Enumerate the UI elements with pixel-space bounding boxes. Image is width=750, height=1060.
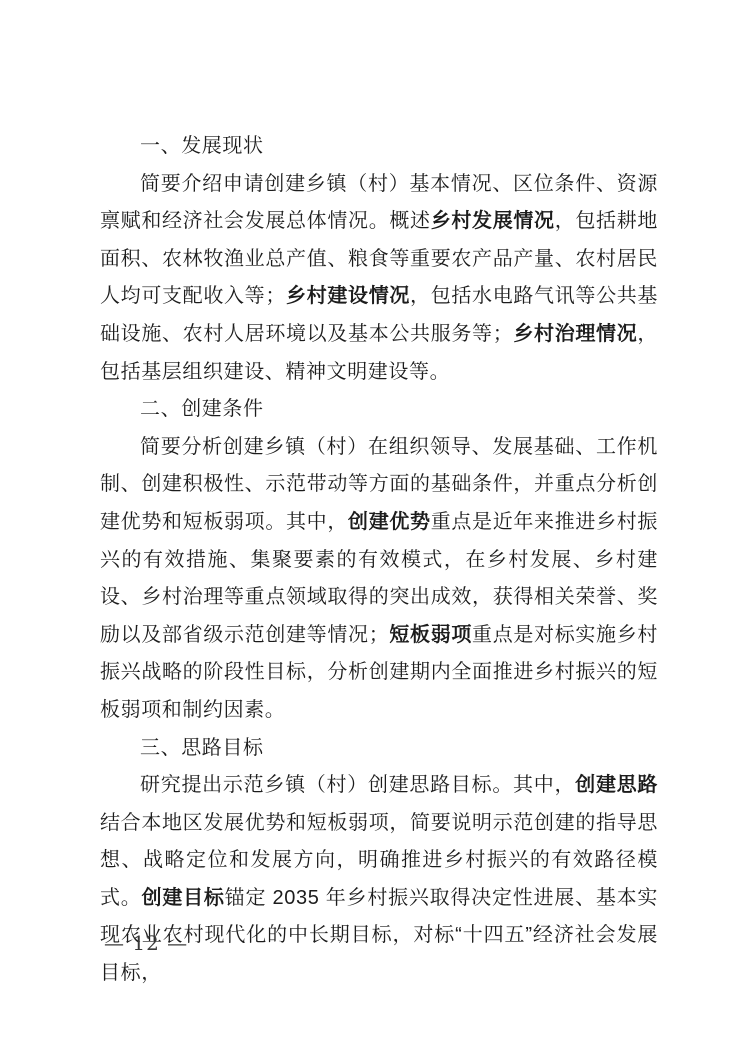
text-run: 一、发展现状 — [140, 135, 264, 157]
paragraph: 简要介绍申请创建乡镇（村）基本情况、区位条件、资源禀赋和经济社会发展总体情况。概… — [100, 166, 658, 392]
emphasis-text: 乡村治理情况 — [513, 323, 637, 345]
section-heading: 二、创建条件 — [100, 391, 658, 429]
text-run: 研究提出示范乡镇（村）创建思路目标。其中， — [140, 774, 575, 796]
emphasis-text: 短板弱项 — [389, 624, 472, 646]
emphasis-text: 乡村发展情况 — [431, 210, 555, 232]
paragraph: 研究提出示范乡镇（村）创建思路目标。其中，创建思路结合本地区发展优势和短板弱项，… — [100, 767, 658, 993]
text-run: 三、思路目标 — [140, 737, 264, 759]
text-run: 二、创建条件 — [140, 398, 264, 420]
section-heading: 三、思路目标 — [100, 730, 658, 768]
section-heading: 一、发展现状 — [100, 128, 658, 166]
page-number: — 12 — — [104, 931, 188, 955]
emphasis-text: 创建目标 — [142, 887, 225, 909]
emphasis-text: 创建优势 — [348, 511, 431, 533]
emphasis-text: 创建思路 — [575, 774, 658, 796]
document-body: 一、发展现状简要介绍申请创建乡镇（村）基本情况、区位条件、资源禀赋和经济社会发展… — [100, 128, 658, 993]
emphasis-text: 乡村建设情况 — [286, 285, 410, 307]
document-page: 一、发展现状简要介绍申请创建乡镇（村）基本情况、区位条件、资源禀赋和经济社会发展… — [0, 0, 750, 1060]
paragraph: 简要分析创建乡镇（村）在组织领导、发展基础、工作机制、创建积极性、示范带动等方面… — [100, 429, 658, 730]
